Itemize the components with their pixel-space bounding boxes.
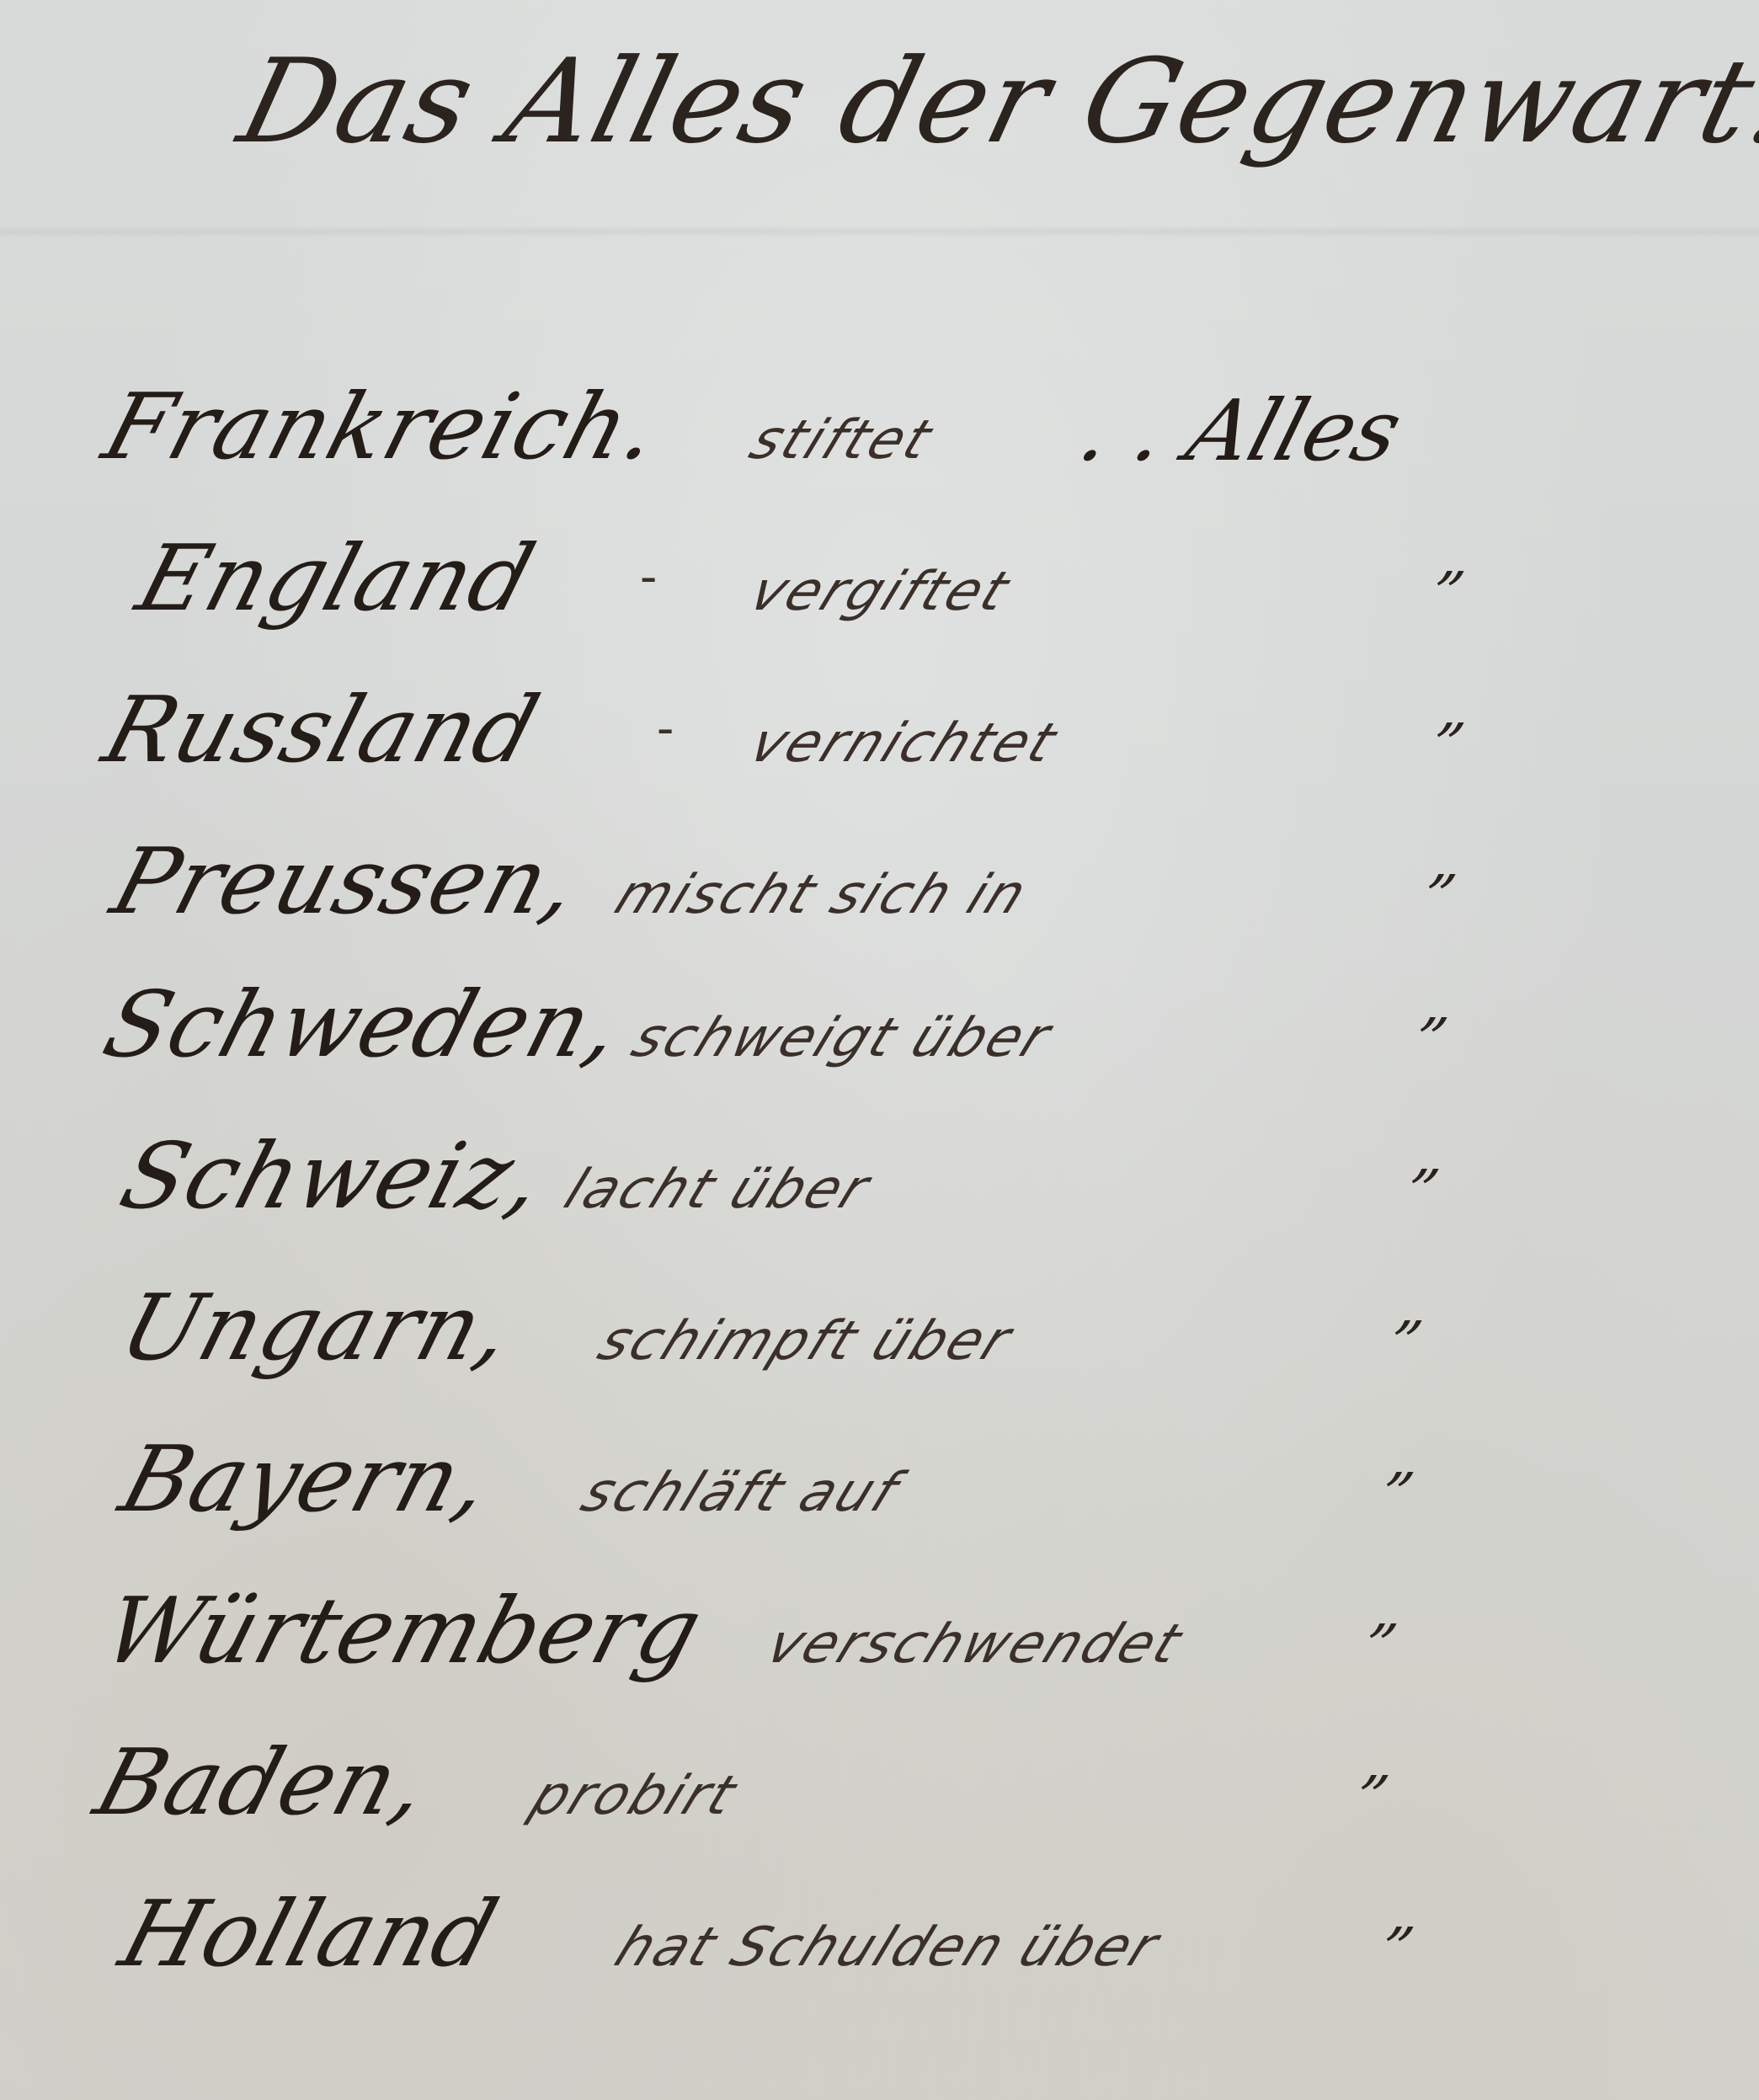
- list-row-schweiz: Schweiz, lacht über ”: [0, 1086, 1759, 1229]
- separator-dash: -: [640, 547, 657, 606]
- verb-phrase: schläft auf: [573, 1462, 909, 1524]
- country-name: Bayern,: [109, 1427, 503, 1532]
- ditto-mark: ”: [1398, 1157, 1445, 1226]
- list-row-baden: Baden, probirt ”: [0, 1692, 1759, 1836]
- list-row-preussen: Preussen, mischt sich in ”: [0, 791, 1759, 935]
- ditto-mark: ”: [1423, 711, 1470, 780]
- country-list: Frankreich. stiftet . . Alles England - …: [0, 0, 1759, 2100]
- verb-phrase: probirt: [522, 1765, 747, 1827]
- list-row-russland: Russland - vernichtet ”: [0, 640, 1759, 783]
- ditto-mark: ”: [1356, 1612, 1403, 1681]
- verb-phrase: stiftet: [741, 409, 942, 472]
- ditto-mark: ”: [1373, 1915, 1420, 1984]
- manuscript-page: Das Alles der Gegenwart. Frankreich. sti…: [0, 0, 1759, 2100]
- country-name: Russland: [93, 678, 550, 783]
- ditto-mark: ”: [1347, 1763, 1394, 1832]
- list-row-schweden: Schweden, schweigt über ”: [0, 935, 1759, 1078]
- ditto-mark: ”: [1373, 1460, 1420, 1529]
- ditto-mark: ”: [1423, 559, 1470, 628]
- list-row-wurtemberg: Würtemberg verschwendet ”: [0, 1541, 1759, 1684]
- ditto-mark: ”: [1406, 1005, 1453, 1074]
- list-row-frankreich: Frankreich. stiftet . . Alles: [0, 337, 1759, 480]
- list-row-bayern: Bayern, schläft auf ”: [0, 1389, 1759, 1532]
- verb-phrase: verschwendet: [758, 1613, 1192, 1676]
- verb-phrase: lacht über: [556, 1159, 880, 1221]
- country-name: Schweiz,: [109, 1124, 556, 1229]
- verb-phrase: schimpft über: [589, 1310, 1022, 1372]
- country-name: England: [126, 526, 546, 632]
- verb-phrase: hat Schulden über: [606, 1916, 1170, 1979]
- list-row-holland: Holland hat Schulden über ”: [0, 1844, 1759, 1987]
- list-row-england: England - vergiftet ”: [0, 488, 1759, 632]
- ditto-mark: ”: [1415, 862, 1462, 931]
- object-word: . . Alles: [1069, 381, 1412, 480]
- country-name: Holland: [109, 1882, 509, 1987]
- verb-phrase: mischt sich in: [606, 864, 1037, 926]
- country-name: Frankreich.: [93, 375, 671, 480]
- list-row-ungarn: Ungarn, schimpft über ”: [0, 1238, 1759, 1381]
- verb-phrase: schweigt über: [623, 1007, 1061, 1069]
- country-name: Würtemberg: [93, 1579, 713, 1684]
- verb-phrase: vergiftet: [741, 561, 1020, 623]
- country-name: Ungarn,: [109, 1276, 524, 1381]
- ditto-mark: ”: [1381, 1309, 1428, 1378]
- country-name: Baden,: [84, 1730, 440, 1836]
- separator-dash: -: [657, 699, 674, 758]
- country-name: Preussen,: [101, 829, 590, 935]
- country-name: Schweden,: [93, 973, 633, 1078]
- verb-phrase: vernichtet: [741, 712, 1067, 775]
